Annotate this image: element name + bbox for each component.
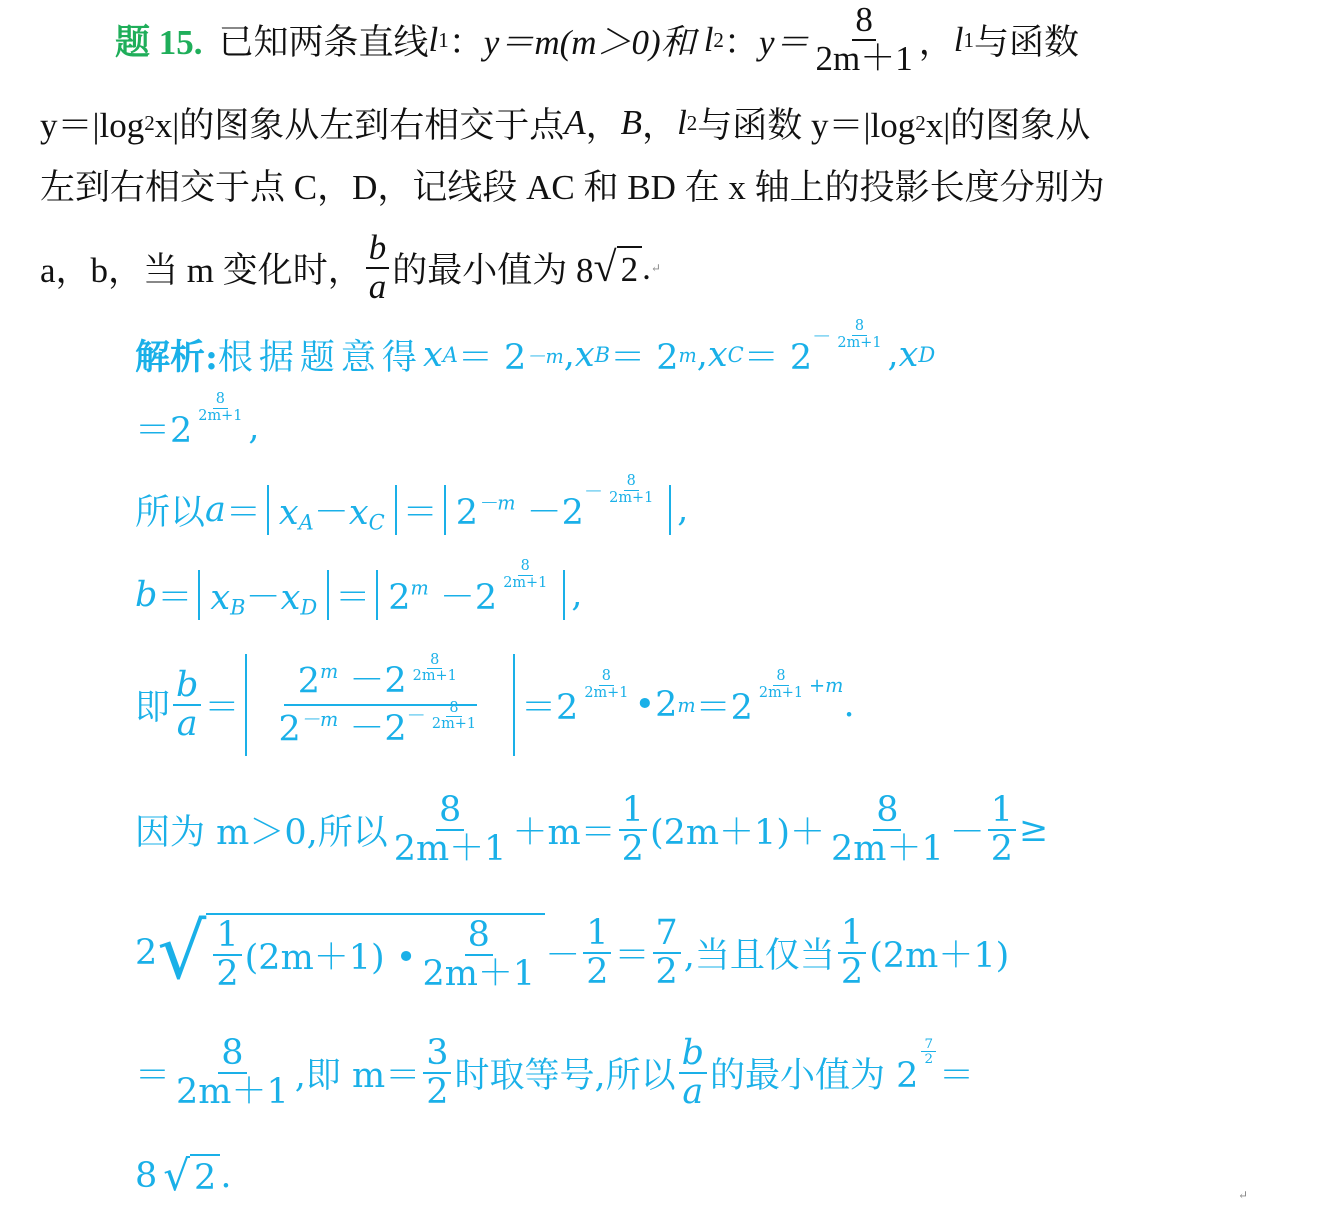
exponent: －m xyxy=(301,708,339,731)
numerator: 1 xyxy=(619,792,647,831)
radical-icon: √ xyxy=(163,1151,190,1200)
problem-line-4: a，b，当 m 变化时， b a 的最小值为 8 √2 . ↵ xyxy=(40,228,661,308)
denominator: 2m＋1 xyxy=(419,956,538,993)
denominator: 2m+1 xyxy=(410,669,460,684)
equation-l2-lhs: y＝ xyxy=(759,15,810,65)
numerator: 8 xyxy=(599,669,614,685)
comma: ， xyxy=(642,98,677,148)
numerator: 1 xyxy=(988,792,1016,831)
exponent-fraction: 82m+1 xyxy=(756,669,806,700)
exponent-fraction: 8 2m+1 xyxy=(834,319,884,350)
subscript: B xyxy=(595,343,610,367)
subscript: 1 xyxy=(438,28,449,53)
equals: ＝ 2 xyxy=(458,330,526,380)
subscript: A xyxy=(299,510,314,534)
solution-text: ,当且仅当 xyxy=(684,928,835,978)
exponent: － 8 2m+1 xyxy=(812,319,887,350)
denominator: 2m+1 xyxy=(756,686,806,701)
denominator: 2m＋1 xyxy=(812,41,915,78)
denominator: 2 xyxy=(423,1074,451,1111)
denominator: 2 xyxy=(653,954,681,991)
period: . xyxy=(220,1156,231,1196)
base: 2 xyxy=(388,578,410,618)
denominator: 2m＋1 xyxy=(828,831,947,868)
power-expression: －2 － 8 2m+1 xyxy=(527,485,660,535)
var-x: x xyxy=(279,493,299,533)
absolute-value: xB－xD xyxy=(198,570,329,620)
exponent: m xyxy=(320,660,338,683)
var-x: x xyxy=(575,335,595,375)
base: 2 xyxy=(278,709,300,749)
exponent: 8 2m+1 xyxy=(192,392,248,423)
power-expression: －2 8 2m+1 xyxy=(440,570,553,620)
equals: ＝2 xyxy=(696,680,753,730)
exponent: 82m+1 xyxy=(407,653,463,684)
numerator: 8 xyxy=(624,474,639,490)
fraction-b-over-a: b a xyxy=(173,667,201,743)
numerator: 8 xyxy=(465,917,493,956)
minus: － xyxy=(545,928,580,978)
numerator: 2m －2 82m+1 xyxy=(284,658,477,706)
fraction: 82m＋1 xyxy=(173,1035,292,1111)
subscript: 2 xyxy=(713,28,724,53)
absolute-value: xA－xC xyxy=(267,485,397,535)
solution-line-8: ＝ 82m＋1 ,即 m＝ 32 时取等号,所以 ba 的最小值为 2 72 ＝ xyxy=(135,1025,974,1120)
exponent-fraction: 8 2m+1 xyxy=(195,392,245,423)
denominator: a xyxy=(174,706,201,743)
minus: － xyxy=(950,805,985,855)
problem-line-1: 题 15. 已知两条直线 l1 ： y＝m(m＞0)和 l2 ： y＝ 8 2m… xyxy=(115,8,1079,72)
numerator: b xyxy=(366,230,390,269)
comma: , xyxy=(697,335,708,375)
solution-line-7: 2 √ 12 (2m＋1) • 82m＋1 － 12 ＝ 72 ,当且仅当 12… xyxy=(135,905,1009,1000)
var-x: x xyxy=(349,493,369,533)
numerator: 1 xyxy=(213,917,241,956)
fraction: 12 xyxy=(619,792,647,868)
exponent: 72 xyxy=(918,1037,939,1066)
fraction-b-over-a: ba xyxy=(679,1035,707,1111)
equals: ＝ 2 xyxy=(610,330,678,380)
numerator: 7 xyxy=(921,1037,936,1052)
power-expression: －2 82m+1 xyxy=(349,663,462,700)
exponent: －m xyxy=(526,345,564,368)
paragraph-mark-icon: ↵ xyxy=(1238,1188,1248,1203)
solution-text: 因为 m＞0,所以 xyxy=(135,805,388,855)
exponent: 8 2m+1 xyxy=(497,559,553,590)
denominator: 2m+1 xyxy=(606,491,656,506)
problem-text: y＝|log xyxy=(40,98,144,148)
denominator: a xyxy=(366,269,390,306)
solution-text: 时取等号,所以 xyxy=(454,1048,675,1098)
coefficient: 2 xyxy=(135,933,157,973)
var-a: a xyxy=(205,490,226,530)
exponent: 82m+1+m xyxy=(753,669,844,700)
solution-line-4: b ＝ xB－xD ＝ 2m －2 8 2m+1 , xyxy=(135,565,582,625)
exponent: － 8 2m+1 xyxy=(584,474,659,505)
denominator: 2m+1 xyxy=(500,576,550,591)
problem-text: 的最小值为 8 xyxy=(392,243,593,293)
denominator: 2 xyxy=(921,1052,936,1066)
absolute-value: 2m －2 82m+1 2－m －2 －82m+1 xyxy=(245,654,515,756)
fraction: 12 xyxy=(988,792,1016,868)
exponent-fraction: 82m+1 xyxy=(581,669,631,700)
exponent-fraction: 72 xyxy=(921,1037,936,1066)
solution-text: (2m＋1)＋ xyxy=(650,805,825,855)
base: －2 xyxy=(349,711,406,748)
exponent: －82m+1 xyxy=(407,701,482,732)
numerator: 1 xyxy=(838,915,866,954)
numerator: 8 xyxy=(852,319,867,335)
subscript: 2 xyxy=(915,111,926,136)
numerator: b xyxy=(173,667,201,706)
base: 2 xyxy=(655,685,677,725)
solution-text: (2m＋1) • xyxy=(245,930,417,980)
equals: ＝2 xyxy=(521,680,578,730)
radicand: 2 xyxy=(617,246,643,290)
exponent: 82m+1 xyxy=(578,669,634,700)
minus: － xyxy=(407,706,426,726)
numerator: 8 xyxy=(436,792,464,831)
numerator: 7 xyxy=(653,915,681,954)
exponent-fraction: 82m+1 xyxy=(410,653,460,684)
var-x: x xyxy=(423,335,443,375)
numerator: 8 xyxy=(218,1035,246,1074)
power-expression: －2 －82m+1 xyxy=(349,711,482,748)
subscript: 2 xyxy=(687,111,698,136)
subscript: 2 xyxy=(144,111,155,136)
comma: , xyxy=(571,575,582,615)
solution-text: 根据题意得 xyxy=(218,330,423,380)
var-x: x xyxy=(899,335,919,375)
problem-text: 左到右相交于点 C，D，记线段 AC 和 BD 在 x 轴上的投影长度分别为 xyxy=(40,160,1105,210)
denominator: 2m＋1 xyxy=(391,831,510,868)
denominator: 2 xyxy=(213,956,241,993)
exponent-plus-m: +m xyxy=(809,674,843,697)
problem-line-3: 左到右相交于点 C，D，记线段 AC 和 BD 在 x 轴上的投影长度分别为 xyxy=(40,160,1105,210)
subscript: B xyxy=(230,595,245,619)
solution-text: (2m＋1) xyxy=(869,928,1009,978)
line-l2: l xyxy=(704,20,714,60)
fraction: 82m＋1 xyxy=(419,917,538,993)
solution-text: 的最小值为 2 xyxy=(710,1048,918,1098)
numerator: 8 xyxy=(773,669,788,685)
exponent: －m xyxy=(478,492,516,515)
ratio-fraction: 2m －2 82m+1 2－m －2 －82m+1 xyxy=(264,658,496,752)
equals: ＝ xyxy=(614,928,649,978)
colon: ： xyxy=(449,15,484,65)
denominator: 2m+1 xyxy=(834,336,884,351)
fraction: 12 xyxy=(838,915,866,991)
equals: ＝ xyxy=(335,570,370,620)
numerator: 8 xyxy=(873,792,901,831)
base: 2 xyxy=(456,493,478,533)
denominator: 2m+1 xyxy=(581,686,631,701)
radicand: 2 xyxy=(190,1154,220,1198)
fraction: 32 xyxy=(423,1035,451,1111)
fraction: 72 xyxy=(653,915,681,991)
numerator: 8 xyxy=(518,559,533,575)
power-expression: ＝2 82m+1+m xyxy=(696,680,844,730)
problem-text: x|的图象从左到右相交于点 xyxy=(155,98,565,148)
solution-text: 即 xyxy=(135,680,170,730)
absolute-value: 2m －2 8 2m+1 xyxy=(376,570,565,620)
geq-symbol: ≥ xyxy=(1019,810,1048,850)
base: －2 xyxy=(440,570,497,620)
denominator: 2 xyxy=(838,954,866,991)
numerator: 8 xyxy=(446,701,461,717)
solution-text: 所以 xyxy=(135,485,205,535)
power-expression: ＝ 2 － 8 2m+1 xyxy=(744,330,888,380)
subscript: 1 xyxy=(963,28,974,53)
paragraph-mark-icon: ↵ xyxy=(651,261,661,276)
problem-line-2: y＝|log2 x|的图象从左到右相交于点 A ， B ， l2 与函数 y＝|… xyxy=(40,98,1090,148)
equals: ＝ xyxy=(157,570,192,620)
equation-l1: y＝m(m＞0)和 xyxy=(484,15,696,65)
equals: ＝ xyxy=(403,485,438,535)
denominator: 2 xyxy=(583,954,611,991)
point-a: A xyxy=(564,103,585,143)
var-x: x xyxy=(281,578,301,618)
numerator: 8 xyxy=(213,392,228,408)
solution-line-6: 因为 m＞0,所以 82m＋1 ＋m＝ 12 (2m＋1)＋ 82m＋1 － 1… xyxy=(135,785,1048,875)
subscript: A xyxy=(443,343,458,367)
exponent: m xyxy=(679,344,697,367)
subscript: C xyxy=(369,510,385,534)
solution-line-1: 解析: 根据题意得 xA ＝ 2－m , xB ＝ 2m , xC ＝ 2 － … xyxy=(135,325,935,385)
problem-text: 与函数 y＝|log xyxy=(697,98,915,148)
base: －2 xyxy=(527,485,584,535)
minus: － xyxy=(812,321,831,349)
exponent-fraction: 8 2m+1 xyxy=(606,474,656,505)
problem-text: x|的图象从 xyxy=(926,98,1091,148)
denominator: 2m+1 xyxy=(195,409,245,424)
end-paragraph-mark: ↵ xyxy=(1238,1188,1248,1203)
coefficient: 8 xyxy=(135,1156,157,1196)
solution-text: ＋m＝ xyxy=(512,805,615,855)
fraction: 12 xyxy=(583,915,611,991)
numerator: b xyxy=(679,1035,707,1074)
var-x: x xyxy=(708,335,728,375)
solution-line-5: 即 b a ＝ 2m －2 82m+1 2－m －2 －82m+1 ＝2 82m… xyxy=(135,645,855,765)
problem-text: a，b，当 m 变化时， xyxy=(40,243,363,293)
problem-label: 题 15. xyxy=(115,15,203,65)
comma: , xyxy=(248,408,259,448)
fraction: 12 xyxy=(213,917,241,993)
period: . xyxy=(843,685,854,725)
equals: ＝ 2 xyxy=(744,330,812,380)
subscript: D xyxy=(918,343,935,367)
solution-label: 解析: xyxy=(135,330,218,380)
equals: ＝ xyxy=(226,485,261,535)
fraction: 82m＋1 xyxy=(828,792,947,868)
problem-text: 与函数 xyxy=(974,15,1079,65)
denominator: 2－m －2 －82m+1 xyxy=(264,706,496,752)
problem-text: 已知两条直线 xyxy=(219,15,429,65)
exponent-fraction: 82m+1 xyxy=(429,701,479,732)
var-b: b xyxy=(135,575,157,615)
denominator: 2 xyxy=(619,831,647,868)
numerator: 1 xyxy=(583,915,611,954)
multiply-dot: • xyxy=(634,685,655,725)
base: 2 xyxy=(298,661,320,701)
exponent: m xyxy=(411,577,429,600)
equals: ＝ xyxy=(204,680,239,730)
subscript: C xyxy=(728,343,744,367)
subscript: D xyxy=(300,595,317,619)
sqrt-expression: √ 12 (2m＋1) • 82m＋1 xyxy=(157,908,545,997)
comma: , xyxy=(888,335,899,375)
fraction: 82m＋1 xyxy=(391,792,510,868)
absolute-value: 2－m －2 － 8 2m+1 xyxy=(444,485,672,535)
line-l2: l xyxy=(677,103,687,143)
period: . xyxy=(642,248,651,288)
numerator: 3 xyxy=(423,1035,451,1074)
fraction-b-over-a: b a xyxy=(366,230,390,306)
comma: ， xyxy=(586,98,621,148)
solution-line-9: 8 √2 . xyxy=(135,1148,231,1203)
power-expression: ＝2 82m+1 xyxy=(521,680,634,730)
equals: ＝ xyxy=(939,1048,974,1098)
var-x: x xyxy=(210,578,230,618)
numerator: 8 xyxy=(427,653,442,669)
radicand: 12 (2m＋1) • 82m＋1 xyxy=(206,913,545,993)
denominator: 2m＋1 xyxy=(173,1074,292,1111)
base: －2 xyxy=(349,663,406,700)
line-l1: l xyxy=(429,20,439,60)
radical-icon: √ xyxy=(157,908,206,997)
numerator: 8 xyxy=(852,2,876,41)
line-l1: l xyxy=(954,20,964,60)
equals: ＝ xyxy=(135,1048,170,1098)
minus: － xyxy=(314,493,349,533)
solution-line-2: ＝2 8 2m+1 , xyxy=(135,398,260,458)
exponent: m xyxy=(677,694,695,717)
point-b: B xyxy=(621,103,642,143)
fraction-8-over-2m1: 8 2m＋1 xyxy=(812,2,915,78)
denominator: 2m+1 xyxy=(429,717,479,732)
minus: － xyxy=(246,578,281,618)
power-expression: ＝2 8 2m+1 xyxy=(135,403,248,453)
denominator: a xyxy=(679,1074,706,1111)
minus: － xyxy=(584,476,603,504)
sqrt-2: √2 xyxy=(594,244,643,292)
radical-icon: √ xyxy=(594,244,617,292)
solution-text: ,即 m＝ xyxy=(295,1048,420,1098)
comma: , xyxy=(677,490,688,530)
denominator: 2 xyxy=(988,831,1016,868)
colon: ： xyxy=(724,15,759,65)
comma: ， xyxy=(919,15,954,65)
equals: ＝2 xyxy=(135,403,192,453)
solution-line-3: 所以 a ＝ xA－xC ＝ 2－m －2 － 8 2m+1 , xyxy=(135,480,688,540)
comma: , xyxy=(564,335,575,375)
power-expression: 的最小值为 2 72 xyxy=(710,1048,939,1098)
sqrt-2: √2 xyxy=(163,1151,220,1200)
exponent-fraction: 8 2m+1 xyxy=(500,559,550,590)
